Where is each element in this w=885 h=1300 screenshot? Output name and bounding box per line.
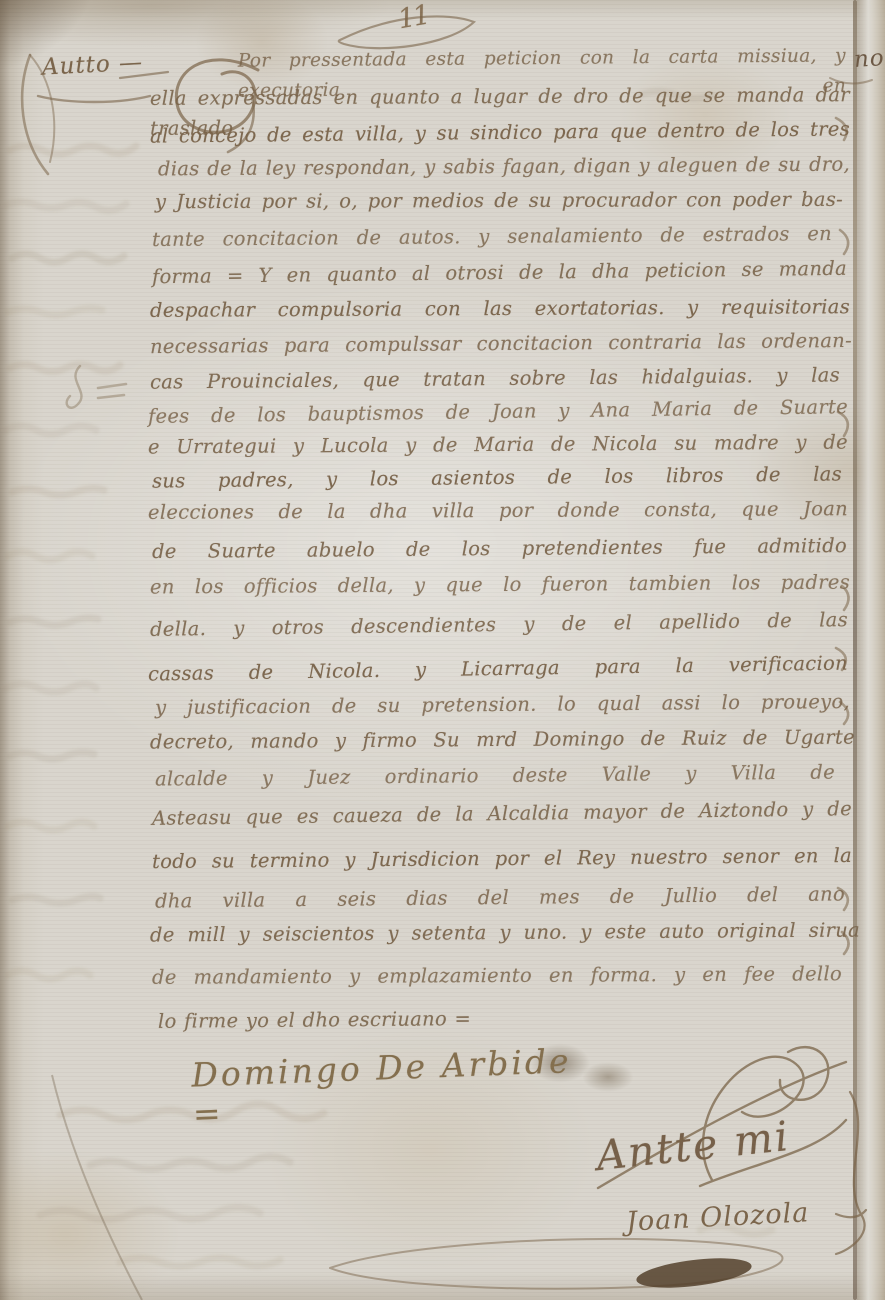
manuscript-line: de Suarte abuelo de los pretendientes fu…	[152, 531, 847, 567]
manuscript-line: de mandamiento y emplazamiento en forma.…	[152, 959, 842, 993]
manuscript-line: todo su termino y Jurisdicion por el Rey…	[152, 841, 852, 877]
manuscript-line: cassas de Nicola. y Licarraga para la ve…	[148, 649, 848, 690]
manuscript-line: lo firme yo el dho escriuano =	[158, 1003, 578, 1037]
manuscript-line: dha villa a seis dias del mes de Jullio …	[155, 879, 845, 916]
manuscript-line: de mill y seiscientos y setenta y uno. y…	[150, 916, 860, 951]
manuscript-line: en los officios della, y que lo fueron t…	[150, 568, 850, 603]
manuscript-line: e Urrategui y Lucola y de Maria de Nicol…	[148, 428, 848, 463]
manuscript-line: fees de los bauptismos de Joan y Ana Mar…	[148, 392, 848, 432]
manuscript-line: decreto, mando y firmo Su mrd Domingo de…	[150, 723, 855, 758]
manuscript-line: forma = Y en quanto al otrosi de la dha …	[152, 254, 847, 292]
manuscript-page: Por pressentada esta peticion con la car…	[0, 0, 885, 1300]
manuscript-line: despachar compulsoria con las exortatori…	[150, 292, 850, 326]
manuscript-line: y Justicia por si, o, por medios de su p…	[155, 185, 843, 217]
manuscript-line: della. y otros descendientes y de el ape…	[150, 605, 848, 645]
manuscript-line: dias de la ley respondan, y sabis fagan,…	[158, 150, 850, 185]
manuscript-line: necessarias para compulssar concitacion …	[150, 326, 852, 362]
corner-folio-note: no	[853, 45, 885, 73]
manuscript-line: tante concitacion de autos. y senalamien…	[152, 219, 832, 255]
manuscript-line: sus padres, y los asientos de los libros…	[152, 459, 842, 496]
manuscript-line: elecciones de la dha villa por donde con…	[148, 494, 848, 528]
manuscript-line: al concejo de esta villa, y su sindico p…	[150, 114, 850, 151]
manuscript-line: alcalde y Juez ordinario deste Valle y V…	[155, 757, 835, 794]
manuscript-line: cas Prouinciales, que tratan sobre las h…	[150, 360, 840, 397]
manuscript-line: y justificacion de su pretension. lo qua…	[155, 687, 850, 723]
manuscript-text-block: Por pressentada esta peticion con la car…	[0, 0, 885, 1300]
page-fold-edge	[853, 0, 857, 1300]
manuscript-line: Asteasu que es caueza de la Alcaldia may…	[152, 794, 852, 834]
adjacent-page-edge	[857, 0, 885, 1300]
